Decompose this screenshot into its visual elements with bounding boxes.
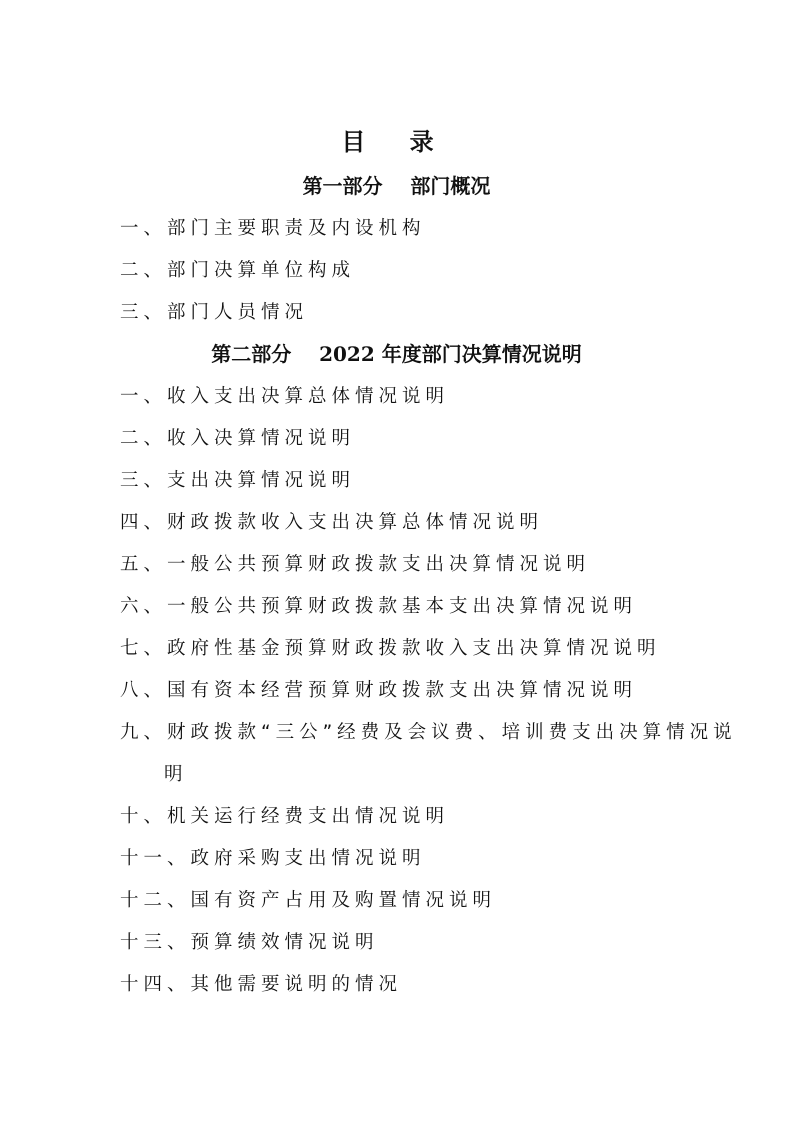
- document-page: 目 录 第一部分 部门概况 一、部门主要职责及内设机构 二、部门决算单位构成 三…: [0, 0, 793, 1122]
- toc-title: 目 录: [0, 126, 793, 158]
- toc-entry: 二、收入决算情况说明: [120, 425, 355, 453]
- toc-entry: 七、政府性基金预算财政拨款收入支出决算情况说明: [120, 635, 661, 663]
- toc-entry: 五、一般公共预算财政拨款支出决算情况说明: [120, 551, 590, 579]
- toc-entry: 十一、政府采购支出情况说明: [120, 845, 426, 873]
- toc-entry: 九、财政拨款“三公”经费及会议费、培训费支出决算情况说: [120, 719, 737, 747]
- toc-entry: 十四、其他需要说明的情况: [120, 971, 402, 999]
- toc-entry: 十二、国有资产占用及购置情况说明: [120, 887, 496, 915]
- toc-entry: 八、国有资本经营预算财政拨款支出决算情况说明: [120, 677, 637, 705]
- toc-entry: 二、部门决算单位构成: [120, 257, 355, 285]
- toc-entry: 三、部门人员情况: [120, 299, 308, 327]
- toc-entry: 一、部门主要职责及内设机构: [120, 215, 426, 243]
- toc-entry: 四、财政拨款收入支出决算总体情况说明: [120, 509, 543, 537]
- toc-entry: 三、支出决算情况说明: [120, 467, 355, 495]
- part-1-heading: 第一部分 部门概况: [0, 172, 793, 200]
- toc-entry: 十三、预算绩效情况说明: [120, 929, 379, 957]
- toc-entry-continuation: 明: [164, 761, 188, 789]
- toc-entry: 六、一般公共预算财政拨款基本支出决算情况说明: [120, 593, 637, 621]
- toc-entry: 一、收入支出决算总体情况说明: [120, 383, 449, 411]
- part-2-heading: 第二部分 2022 年度部门决算情况说明: [0, 340, 793, 368]
- toc-entry: 十、机关运行经费支出情况说明: [120, 803, 449, 831]
